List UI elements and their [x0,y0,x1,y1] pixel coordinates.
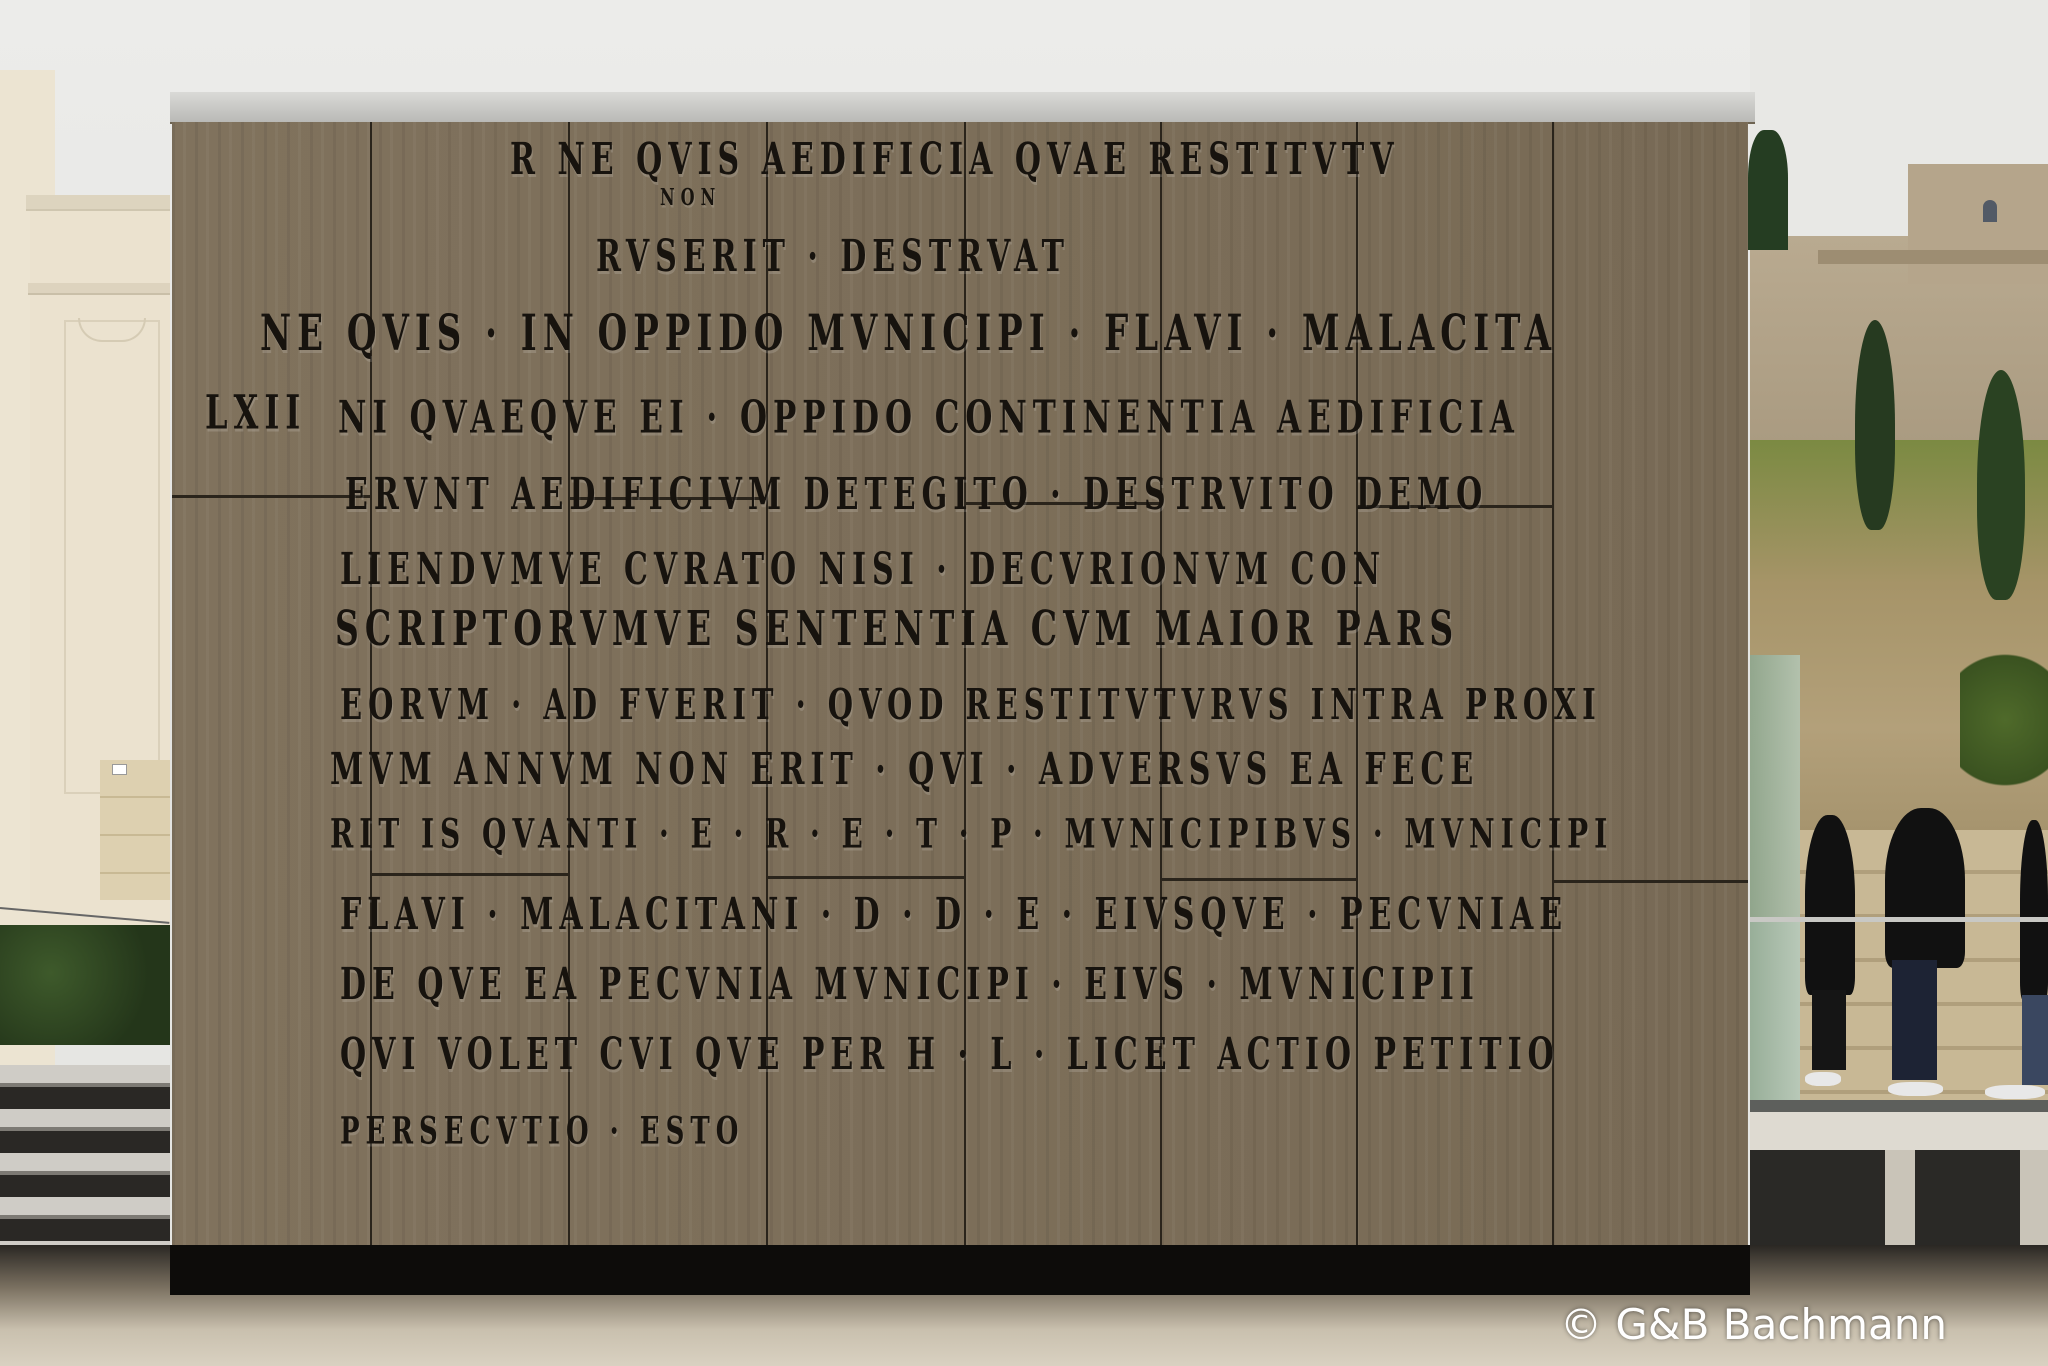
inscription-line: QVI VOLET CVI QVE PER H · L · LICET ACTI… [340,1030,1560,1081]
person-legs [1812,990,1846,1070]
person [1805,815,1855,995]
cypress-tree [1977,370,2025,600]
panel-seam-horizontal [766,876,964,879]
cypress-tree [1855,320,1895,530]
inscription-line: DE QVE EA PECVNIA MVNICIPI · EIVS · MVNI… [340,960,1480,1011]
person [2020,820,2048,1000]
tower-window [1983,200,1997,222]
bush [1960,640,2048,800]
cube-roof-cap [170,92,1755,124]
inscription-line: PERSECVTIO · ESTO [340,1110,744,1154]
building-recessed-panel [64,320,160,794]
inscription-line: R NE QVIS AEDIFICIA QVAE RESTITVTV [510,135,1400,186]
castle-tower [1908,164,2048,284]
inscription-line: NI QVAEQVE EI · OPPIDO CONTINENTIA AEDIF… [338,392,1520,444]
inscription-line: MVM ANNVM NON ERIT · QVI · ADVERSVS EA F… [330,745,1479,796]
inscription-line: SCRIPTORVMVE SENTENTIA CVM MAIOR PARS [335,600,1459,657]
person [1885,808,1965,968]
hedge [0,925,170,1045]
castle-wall-ledge [1818,250,2048,264]
inscription-line: RIT IS QVANTI · E · R · E · T · P · MVNI… [330,810,1613,858]
inscription-line: RVSERIT · DESTRVAT [596,232,1070,283]
inscription-line: LXII [205,385,306,440]
inscription-line: NE QVIS · IN OPPIDO MVNICIPI · FLAVI · M… [260,305,1557,363]
cube-shadow [170,1245,1750,1295]
building-cornice [26,195,170,209]
panel-seam-horizontal [172,495,370,498]
sneaker [1805,1072,1841,1086]
building-stone-base [100,760,170,900]
handrail [1750,917,2048,922]
tree [1748,130,1788,250]
panel-seam-horizontal [1160,878,1356,881]
person-legs [2022,995,2048,1085]
copyright-watermark: © G&B Bachmann [1560,1300,1947,1349]
inscription-line: NON [660,183,721,211]
inscription-line: FLAVI · MALACITANI · D · D · E · EIVSQVE… [340,890,1568,941]
building-cornice-lower [28,283,170,293]
walkway-slab [1750,1112,2048,1150]
inscription-line: EORVM · AD FVERIT · QVOD RESTITVTVRVS IN… [340,680,1602,729]
wall-sign [112,764,127,775]
glass-panel-inscribed [1750,655,1800,1135]
sneaker [1985,1085,2045,1099]
panel-seam-horizontal [370,873,568,876]
walkway-deck [1750,1100,2048,1112]
inscription-line: LIENDVMVE CVRATO NISI · DECVRIONVM CON [340,545,1386,596]
sneaker [1888,1082,1943,1096]
steps-left [0,1065,170,1245]
inscription-wall: R NE QVIS AEDIFICIA QVAE RESTITVTVNONRVS… [172,122,1748,1245]
panel-seam-horizontal [1552,880,1748,883]
inscription-line: ERVNT AEDIFICIVM DETEGITO · DESTRVITO DE… [345,470,1488,521]
person-legs [1892,960,1937,1080]
walkway-pier [1885,1150,1915,1260]
walkway-pier [2020,1150,2048,1260]
